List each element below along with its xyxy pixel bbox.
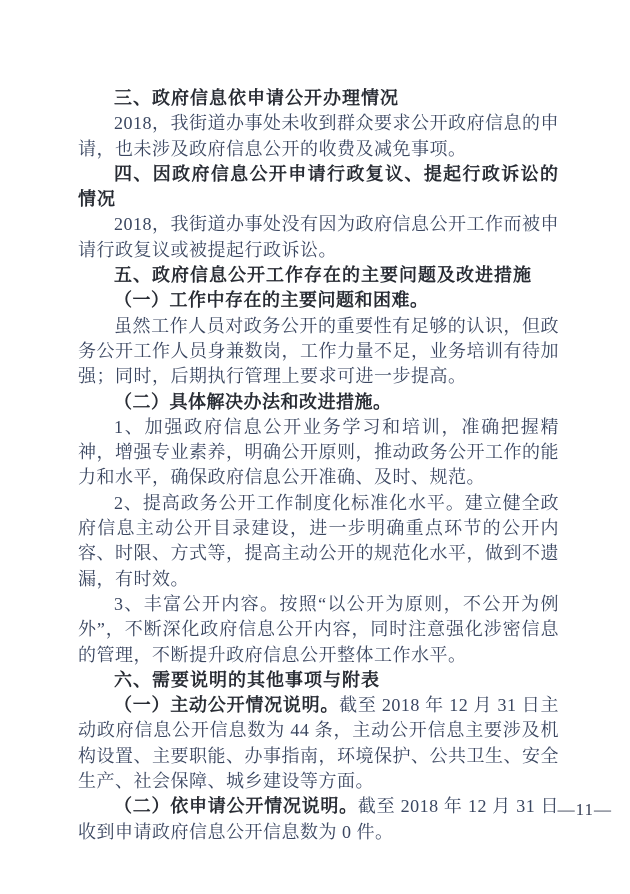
paragraph: 3、丰富公开内容。按照“以公开为原则，不公开为例外”，不断深化政府信息公开内容，… — [78, 592, 559, 668]
paragraph: （二）依申请公开情况说明。截至 2018 年 12 月 31 日收到申请政府信息… — [78, 794, 559, 845]
paragraph: 虽然工作人员对政务公开的重要性有足够的认识，但政务公开工作人员身兼数岗，工作力量… — [78, 314, 559, 390]
section-heading-3: 三、政府信息依申请公开办理情况 — [78, 86, 559, 111]
paragraph-lead: （一）主动公开情况说明。 — [114, 695, 339, 715]
paragraph: 2018，我街道办事处未收到群众要求公开政府信息的申请，也未涉及政府信息公开的收… — [78, 111, 559, 162]
paragraph: 2018，我街道办事处没有因为政府信息公开工作而被申请行政复议或被提起行政诉讼。 — [78, 212, 559, 263]
subsection-heading: （一）工作中存在的主要问题和困难。 — [78, 288, 559, 313]
paragraph: （一）主动公开情况说明。截至 2018 年 12 月 31 日主动政府信息公开信… — [78, 693, 559, 794]
document-body: 三、政府信息依申请公开办理情况 2018，我街道办事处未收到群众要求公开政府信息… — [78, 86, 559, 845]
subsection-heading: （二）具体解决办法和改进措施。 — [78, 390, 559, 415]
paragraph: 2、提高政务公开工作制度化标准化水平。建立健全政府信息主动公开目录建设，进一步明… — [78, 491, 559, 592]
paragraph-lead: （二）依申请公开情况说明。 — [114, 796, 358, 816]
document-page: 三、政府信息依申请公开办理情况 2018，我街道办事处未收到群众要求公开政府信息… — [0, 0, 630, 894]
section-heading-4: 四、因政府信息公开申请行政复议、提起行政诉讼的情况 — [78, 162, 559, 213]
section-heading-5: 五、政府信息公开工作存在的主要问题及改进措施 — [78, 263, 559, 288]
section-heading-6: 六、需要说明的其他事项与附表 — [78, 668, 559, 693]
paragraph: 1、加强政府信息公开业务学习和培训，准确把握精神，增强专业素养，明确公开原则，推… — [78, 415, 559, 491]
page-number: —11— — [558, 800, 612, 820]
